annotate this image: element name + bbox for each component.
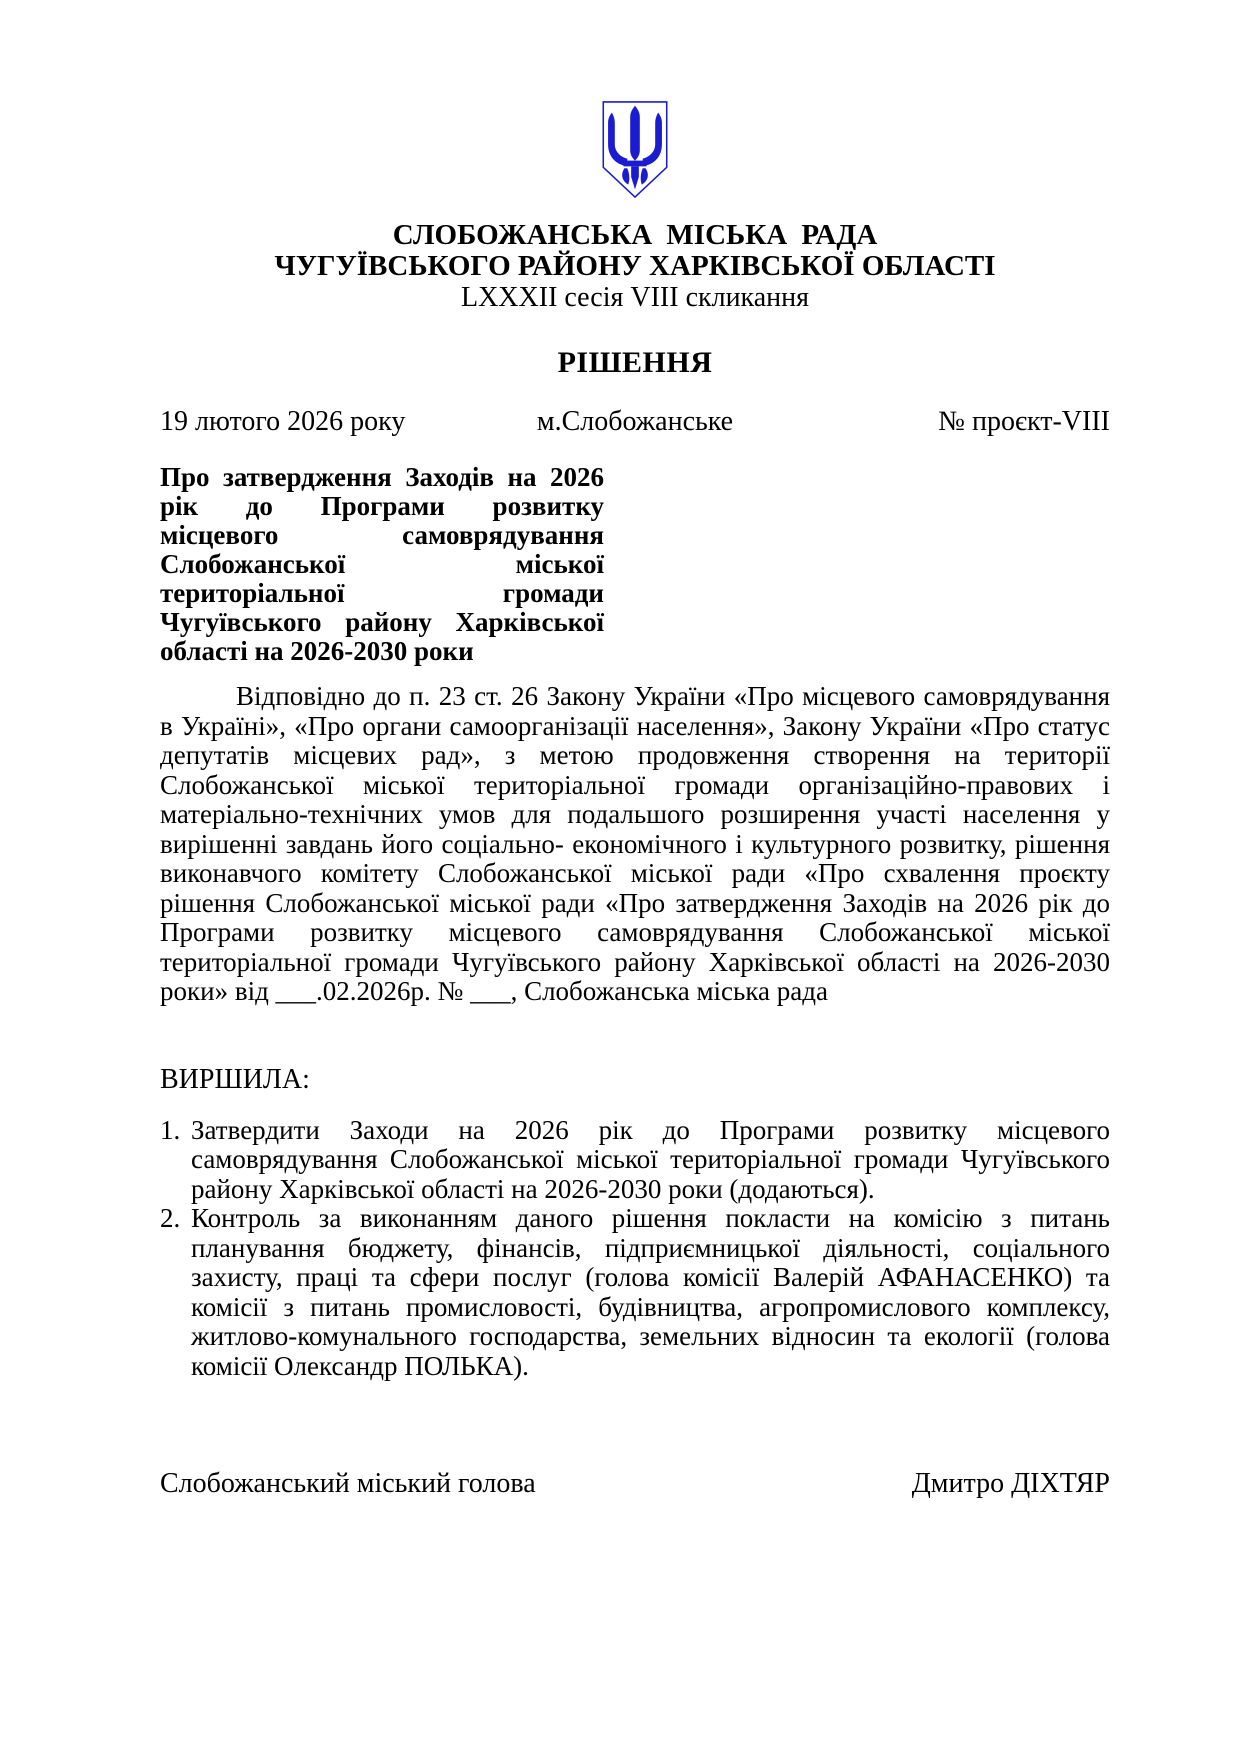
document-place: м.Слобожанське — [537, 407, 733, 437]
session-line: LXXXII сесія VIII скликання — [160, 282, 1110, 313]
resolution-items: 1. Затвердити Заходи на 2026 рік до Прог… — [160, 1116, 1110, 1382]
trident-glyph — [608, 106, 662, 190]
preamble-paragraph: Відповідно до п. 23 ст. 26 Закону Україн… — [160, 682, 1110, 1007]
item-text: Затвердити Заходи на 2026 рік до Програм… — [191, 1116, 1110, 1205]
emblem-container — [160, 100, 1110, 200]
resolved-label: ВИРШИЛА: — [160, 1065, 1110, 1095]
meta-row: 19 лютого 2026 року м.Слобожанське № про… — [160, 407, 1110, 437]
council-name: СЛОБОЖАНСЬКА МІСЬКА РАДА — [160, 220, 1110, 251]
subject-paragraph: Про затвердження Заходів на 2026 рік до … — [160, 463, 604, 666]
item-number: 2. — [160, 1204, 191, 1381]
document-type-title: РІШЕННЯ — [160, 346, 1110, 380]
signatory-title: Слобожанський міський голова — [160, 1469, 536, 1499]
item-number: 1. — [160, 1116, 191, 1205]
item-text: Контроль за виконанням даного рішення по… — [191, 1204, 1110, 1381]
signature-row: Слобожанський міський голова Дмитро ДІХТ… — [160, 1469, 1110, 1499]
document-number: № проєкт-VIII — [938, 407, 1110, 437]
document-date: 19 лютого 2026 року — [160, 407, 537, 437]
signatory-name: Дмитро ДІХТЯР — [912, 1469, 1110, 1499]
ukraine-trident-emblem-icon — [601, 100, 669, 200]
council-district: ЧУГУЇВСЬКОГО РАЙОНУ ХАРКІВСЬКОЇ ОБЛАСТІ — [160, 251, 1110, 282]
document-page: СЛОБОЖАНСЬКА МІСЬКА РАДА ЧУГУЇВСЬКОГО РА… — [0, 0, 1240, 1754]
resolution-item: 2. Контроль за виконанням даного рішення… — [160, 1204, 1110, 1381]
resolution-item: 1. Затвердити Заходи на 2026 рік до Прог… — [160, 1116, 1110, 1205]
document-header: СЛОБОЖАНСЬКА МІСЬКА РАДА ЧУГУЇВСЬКОГО РА… — [160, 220, 1110, 313]
